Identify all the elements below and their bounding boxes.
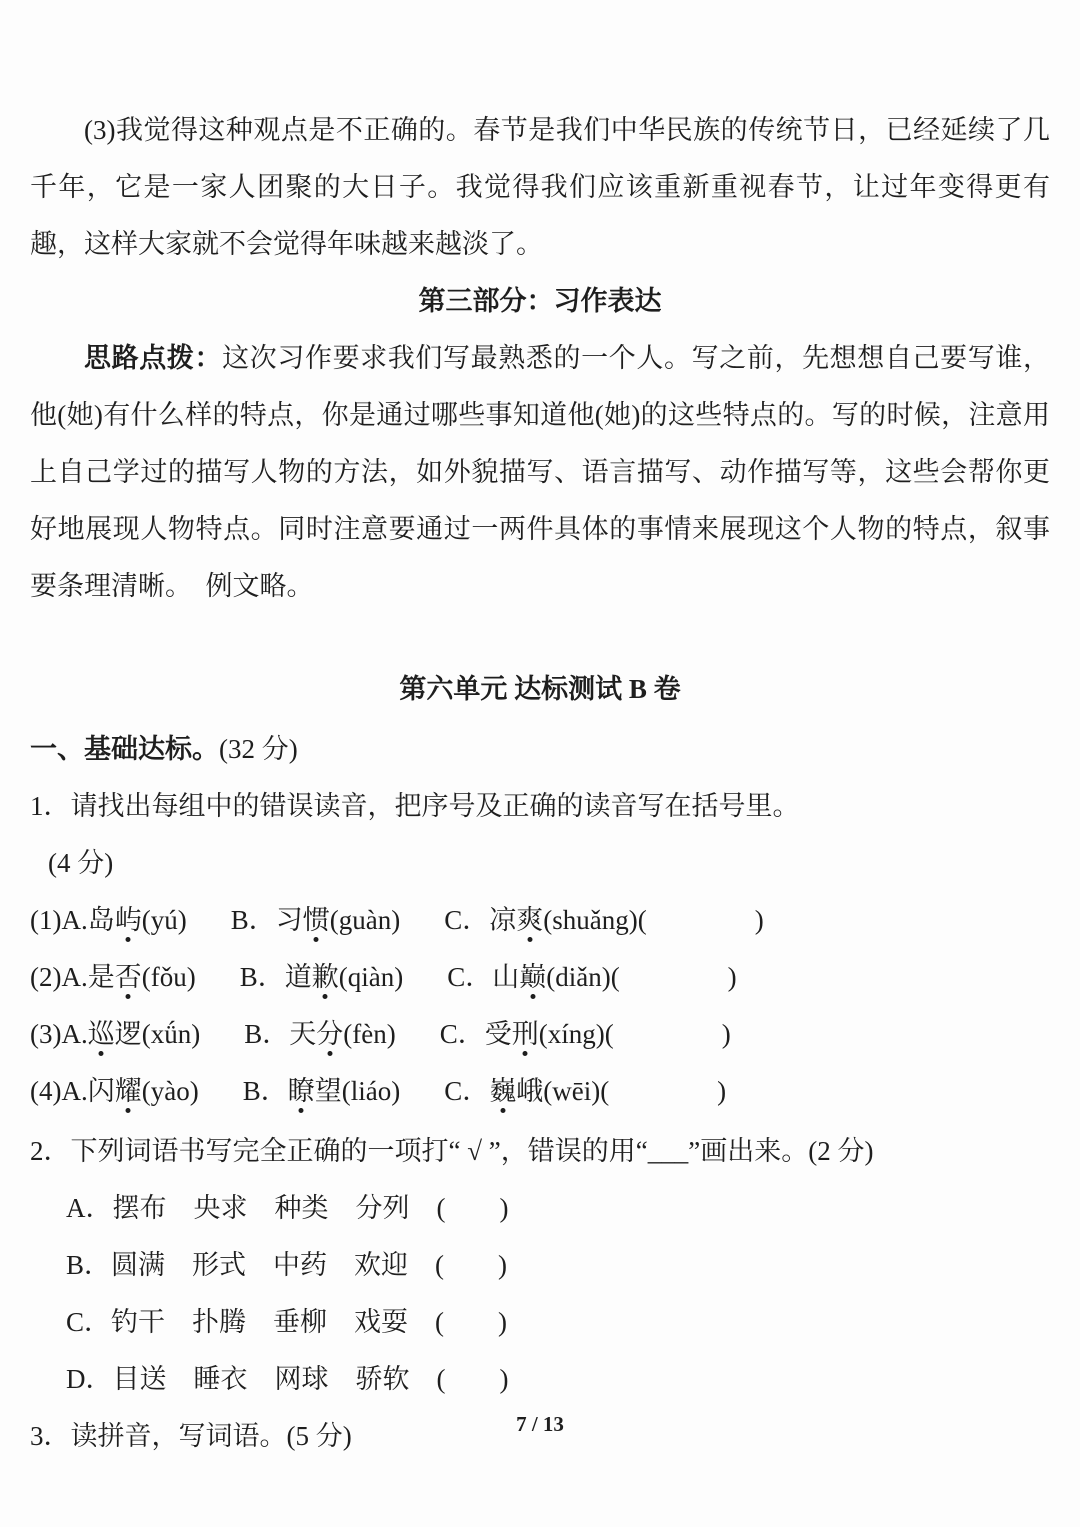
emphasis-dotted-char: 巡 [88,1019,115,1049]
q1-stem: 1．请找出每组中的错误读音，把序号及正确的读音写在括号里。 [30,778,1050,835]
q1-row: (1)A.岛屿(yú)B．习惯(guàn)C．凉爽(shuǎng)( ) [30,892,1050,949]
q2-option-a: A．摆布 央求 种类 分列 ( ) [30,1180,1050,1237]
emphasis-dotted-char: 巍 [489,1076,516,1106]
part3-tip-paragraph: 思路点拨：这次习作要求我们写最熟悉的一个人。写之前，先想想自己要写谁，他(她)有… [30,330,1050,615]
q1-option: A.巡逻(xǘn) [61,1019,200,1049]
section1-score: (32 分) [219,734,298,764]
q1-option: A.岛屿(yú) [61,905,186,935]
q1-option: C．凉爽(shuǎng) [444,905,638,935]
q1-option: B．瞭望(liáo) [243,1076,401,1106]
q1-option: B．天分(fèn) [244,1019,395,1049]
q1-option: C．巍峨(wēi) [444,1076,600,1106]
emphasis-dotted-char: 歉 [312,962,339,992]
emphasis-dotted-char: 巅 [519,962,546,992]
q1-row: (4)A.闪耀(yào)B．瞭望(liáo)C．巍峨(wēi)( ) [30,1063,1050,1120]
emphasis-dotted-char: 分 [316,1019,343,1049]
answer-blank: ( ) [638,905,764,935]
answer-blank: ( ) [605,1019,731,1049]
q1-row: (3)A.巡逻(xǘn)B．天分(fèn)C．受刑(xíng)( ) [30,1006,1050,1063]
q1-option: C．受刑(xíng) [440,1019,605,1049]
q1-row-number: (4) [30,1076,61,1106]
emphasis-dotted-char: 刑 [512,1019,539,1049]
answer-blank: ( ) [611,962,737,992]
q1-row-number: (3) [30,1019,61,1049]
unit-test-title: 第六单元 达标测试 B 卷 [30,661,1050,718]
tip-label: 思路点拨： [84,343,222,373]
q1-option: B．习惯(guàn) [231,905,400,935]
section1-heading: 一、基础达标。(32 分) [30,721,1050,778]
q1-score: (4 分) [30,835,1050,892]
page-number: 7 / 13 [0,1410,1080,1438]
q1-option: C．山巅(diǎn) [447,962,610,992]
answer-blank: ( ) [600,1076,726,1106]
part3-heading: 第三部分：习作表达 [30,273,1050,330]
emphasis-dotted-char: 屿 [115,905,142,935]
q1-option: B．道歉(qiàn) [240,962,403,992]
q1-row-number: (1) [30,905,61,935]
answer-paragraph-3: (3)我觉得这种观点是不正确的。春节是我们中华民族的传统节日，已经延续了几千年，… [30,102,1050,273]
q1-row-number: (2) [30,962,61,992]
document-page: (3)我觉得这种观点是不正确的。春节是我们中华民族的传统节日，已经延续了几千年，… [0,0,1080,1527]
q1-option: A.是否(fǒu) [61,962,195,992]
tip-text: 这次习作要求我们写最熟悉的一个人。写之前，先想想自己要写谁，他(她)有什么样的特… [30,343,1050,601]
emphasis-dotted-char: 爽 [516,905,543,935]
q1-rows: (1)A.岛屿(yú)B．习惯(guàn)C．凉爽(shuǎng)( )(2)A… [30,892,1050,1120]
q2-option-b: B．圆满 形式 中药 欢迎 ( ) [30,1237,1050,1294]
emphasis-dotted-char: 惯 [303,905,330,935]
q2-option-d: D．目送 睡衣 网球 骄软 ( ) [30,1351,1050,1408]
emphasis-dotted-char: 否 [115,962,142,992]
q1-row: (2)A.是否(fǒu)B．道歉(qiàn)C．山巅(diǎn)( ) [30,949,1050,1006]
q2-stem: 2．下列词语书写完全正确的一项打“ √ ”，错误的用“___”画出来。(2 分) [30,1123,1050,1180]
q2-option-c: C．钓干 扑腾 垂柳 戏耍 ( ) [30,1294,1050,1351]
section1-label: 一、基础达标。 [30,734,219,764]
q1-option: A.闪耀(yào) [61,1076,198,1106]
emphasis-dotted-char: 瞭 [288,1076,315,1106]
emphasis-dotted-char: 耀 [115,1076,142,1106]
